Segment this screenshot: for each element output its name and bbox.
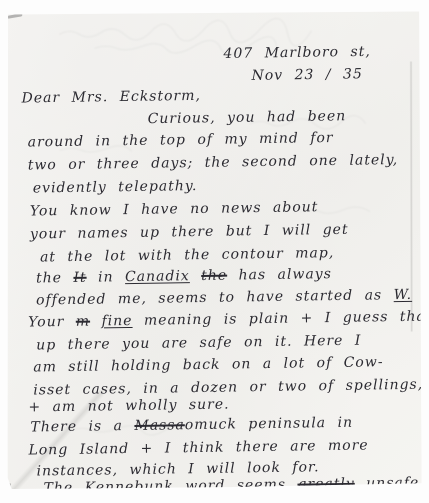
scanned-letter: 407 Marlboro st,Nov 23 / 35Dear Mrs. Eck… <box>0 0 429 503</box>
handwriting-segment: the <box>36 270 74 287</box>
handwriting-segment: offended me, seems to have started as <box>36 287 394 308</box>
handwriting-segment: Dear Mrs. Eckstorm, <box>21 88 201 107</box>
handwriting-segment: at the lot with the contour map, <box>40 245 334 265</box>
letter-paper: 407 Marlboro st,Nov 23 / 35Dear Mrs. Eck… <box>6 11 421 489</box>
handwriting-segment: isset cases, in a dozen or two of spelli… <box>33 377 423 399</box>
handwriting-segment: You know I have no news about <box>30 199 319 219</box>
handwriting-segment: 407 Marlboro st, <box>223 44 370 62</box>
handwriting-segment: around in the top of my mind for <box>28 130 334 151</box>
handwriting-segment: the <box>201 268 227 284</box>
handwriting-segment: in <box>86 269 125 286</box>
body-line: the It in Canadix the has always <box>36 266 332 287</box>
body-line: Long Island + I think there are more <box>28 437 368 459</box>
body-line: Curious, you had been <box>148 108 347 128</box>
handwriting-segment: up there you are safe on it. Here I <box>36 333 361 354</box>
handwriting-segment: The Kennebunk word seems <box>43 477 297 497</box>
body-line: up there you are safe on it. Here I <box>36 333 361 355</box>
handwriting-segment: Your <box>28 314 76 331</box>
handwriting-segment: Nov 23 / 35 <box>251 66 363 84</box>
date-line: Nov 23 / 35 <box>251 66 363 85</box>
handwriting-segment: evidently telepathy. <box>33 178 198 196</box>
body-line: offended me, seems to have started as W. <box>36 287 412 310</box>
salutation-line: Dear Mrs. Eckstorm, <box>21 88 201 108</box>
handwriting-segment: omuck peninsula in <box>185 415 353 433</box>
body-line: evidently telepathy. <box>33 178 198 197</box>
handwriting-segment: Curious, you had been <box>148 108 347 127</box>
handwriting-segment: has always <box>227 266 332 284</box>
handwriting-segment: There is a <box>30 418 134 436</box>
handwriting-segment <box>190 268 202 284</box>
letter-lines: 407 Marlboro st,Nov 23 / 35Dear Mrs. Eck… <box>0 0 429 503</box>
scan-speck <box>6 484 11 489</box>
handwriting-segment: am still holding back on a lot of Cow- <box>33 354 383 375</box>
body-line: Your m fine meaning is plain + I guess t… <box>28 308 429 331</box>
handwriting-segment: unsafe, <box>355 475 425 492</box>
handwriting-segment: greatly <box>297 476 355 493</box>
handwriting-segment: W. <box>394 287 413 303</box>
body-line: There is a Massaomuck peninsula in <box>30 415 353 437</box>
body-line: two or three days; the second one lately… <box>28 152 399 174</box>
body-line: at the lot with the contour map, <box>40 245 334 266</box>
handwriting-segment: two or three days; the second one lately… <box>28 152 399 173</box>
handwriting-segment: fine <box>101 313 132 329</box>
handwriting-segment: Long Island + I think there are more <box>28 437 368 458</box>
handwriting-segment <box>90 313 102 329</box>
body-line: am still holding back on a lot of Cow- <box>33 354 383 376</box>
body-line: You know I have no news about <box>30 199 319 220</box>
body-line: your names up there but I will get <box>30 222 349 244</box>
handwriting-segment: + am not wholly sure. <box>28 397 229 416</box>
handwriting-segment: It <box>73 270 86 286</box>
handwriting-segment: Massa <box>134 417 185 434</box>
address-line: 407 Marlboro st, <box>223 44 370 63</box>
body-line: + am not wholly sure. <box>28 397 229 417</box>
body-line: around in the top of my mind for <box>28 130 334 152</box>
handwriting-segment: your names up there but I will get <box>30 222 349 243</box>
handwriting-segment: Canadix <box>125 268 190 285</box>
handwriting-segment: m <box>76 314 91 330</box>
handwriting-segment: meaning is plain + I guess that <box>132 308 429 328</box>
